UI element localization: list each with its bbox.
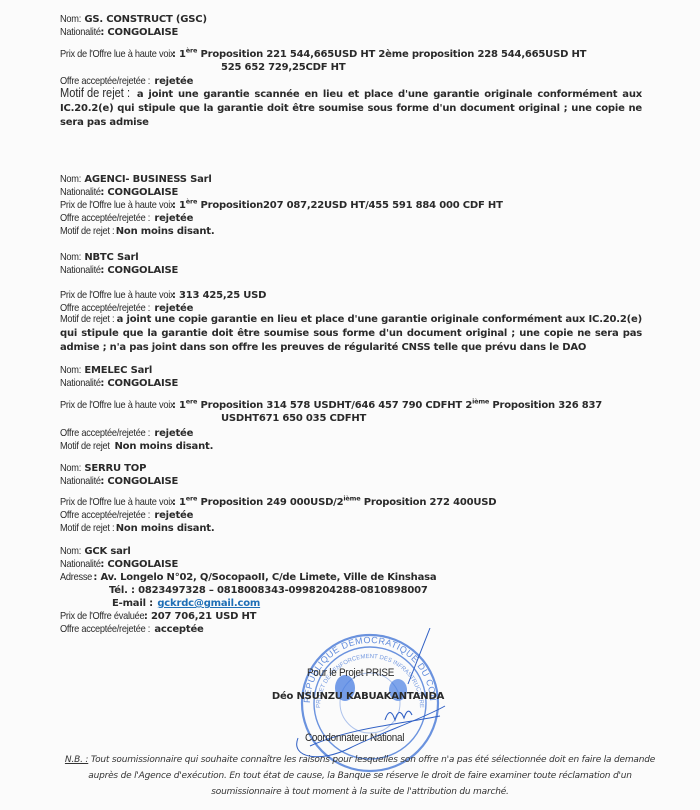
bidder-3-motif: Motif de rejet : a joint une copie garan… [60,312,642,355]
bidder-2-motif-row: Motif de rejet :Non moins disant. [60,223,214,238]
document-page: Nom: GS. CONSTRUCT (GSC) Nationalité: CO… [0,0,700,810]
footnote: N.B. : Tout soumissionnaire qui souhaite… [60,752,660,800]
price-label: Prix de l'Offre lue à haute voix [60,48,174,61]
bidder-3-nationality-row: Nationalité: CONGOLAISE [60,262,178,277]
bidder-6-status: acceptée [154,624,203,635]
bidder-1-price-line2: 525 652 729,25CDF HT [221,59,345,74]
bidder-1-nationality: : CONGOLAISE [100,27,178,38]
bidder-5-motif-row: Motif de rejet :Non moins disant. [60,520,214,535]
bidder-4-price-line2: USDHT671 650 035 CDFHT [221,410,366,425]
signatory-title: Coordonnateur National [295,728,425,746]
bidder-4-nationality-row: Nationalité: CONGOLAISE [60,375,178,390]
bidder-4-motif-row: Motif de rejetNon moins disant. [60,438,213,453]
signature-pour: Pour le Projet PRISE [300,663,410,681]
bidder-1-motif: Motif de rejet : a joint une garantie sc… [60,86,642,130]
bidder-1-nationality-row: Nationalité: CONGOLAISE [60,24,178,39]
footnote-text: Tout soumissionnaire qui souhaite connaî… [88,755,655,797]
signatory-name: Déo NSUNZU KABUAKANTANDA [268,686,448,704]
bidder-6-offer-row: Offre acceptée/rejetée :acceptée [60,621,204,636]
nationality-label: Nationalité [60,26,101,39]
bidder-5-nationality-row: Nationalité: CONGOLAISE [60,473,178,488]
footnote-label: N.B. : [65,755,88,765]
